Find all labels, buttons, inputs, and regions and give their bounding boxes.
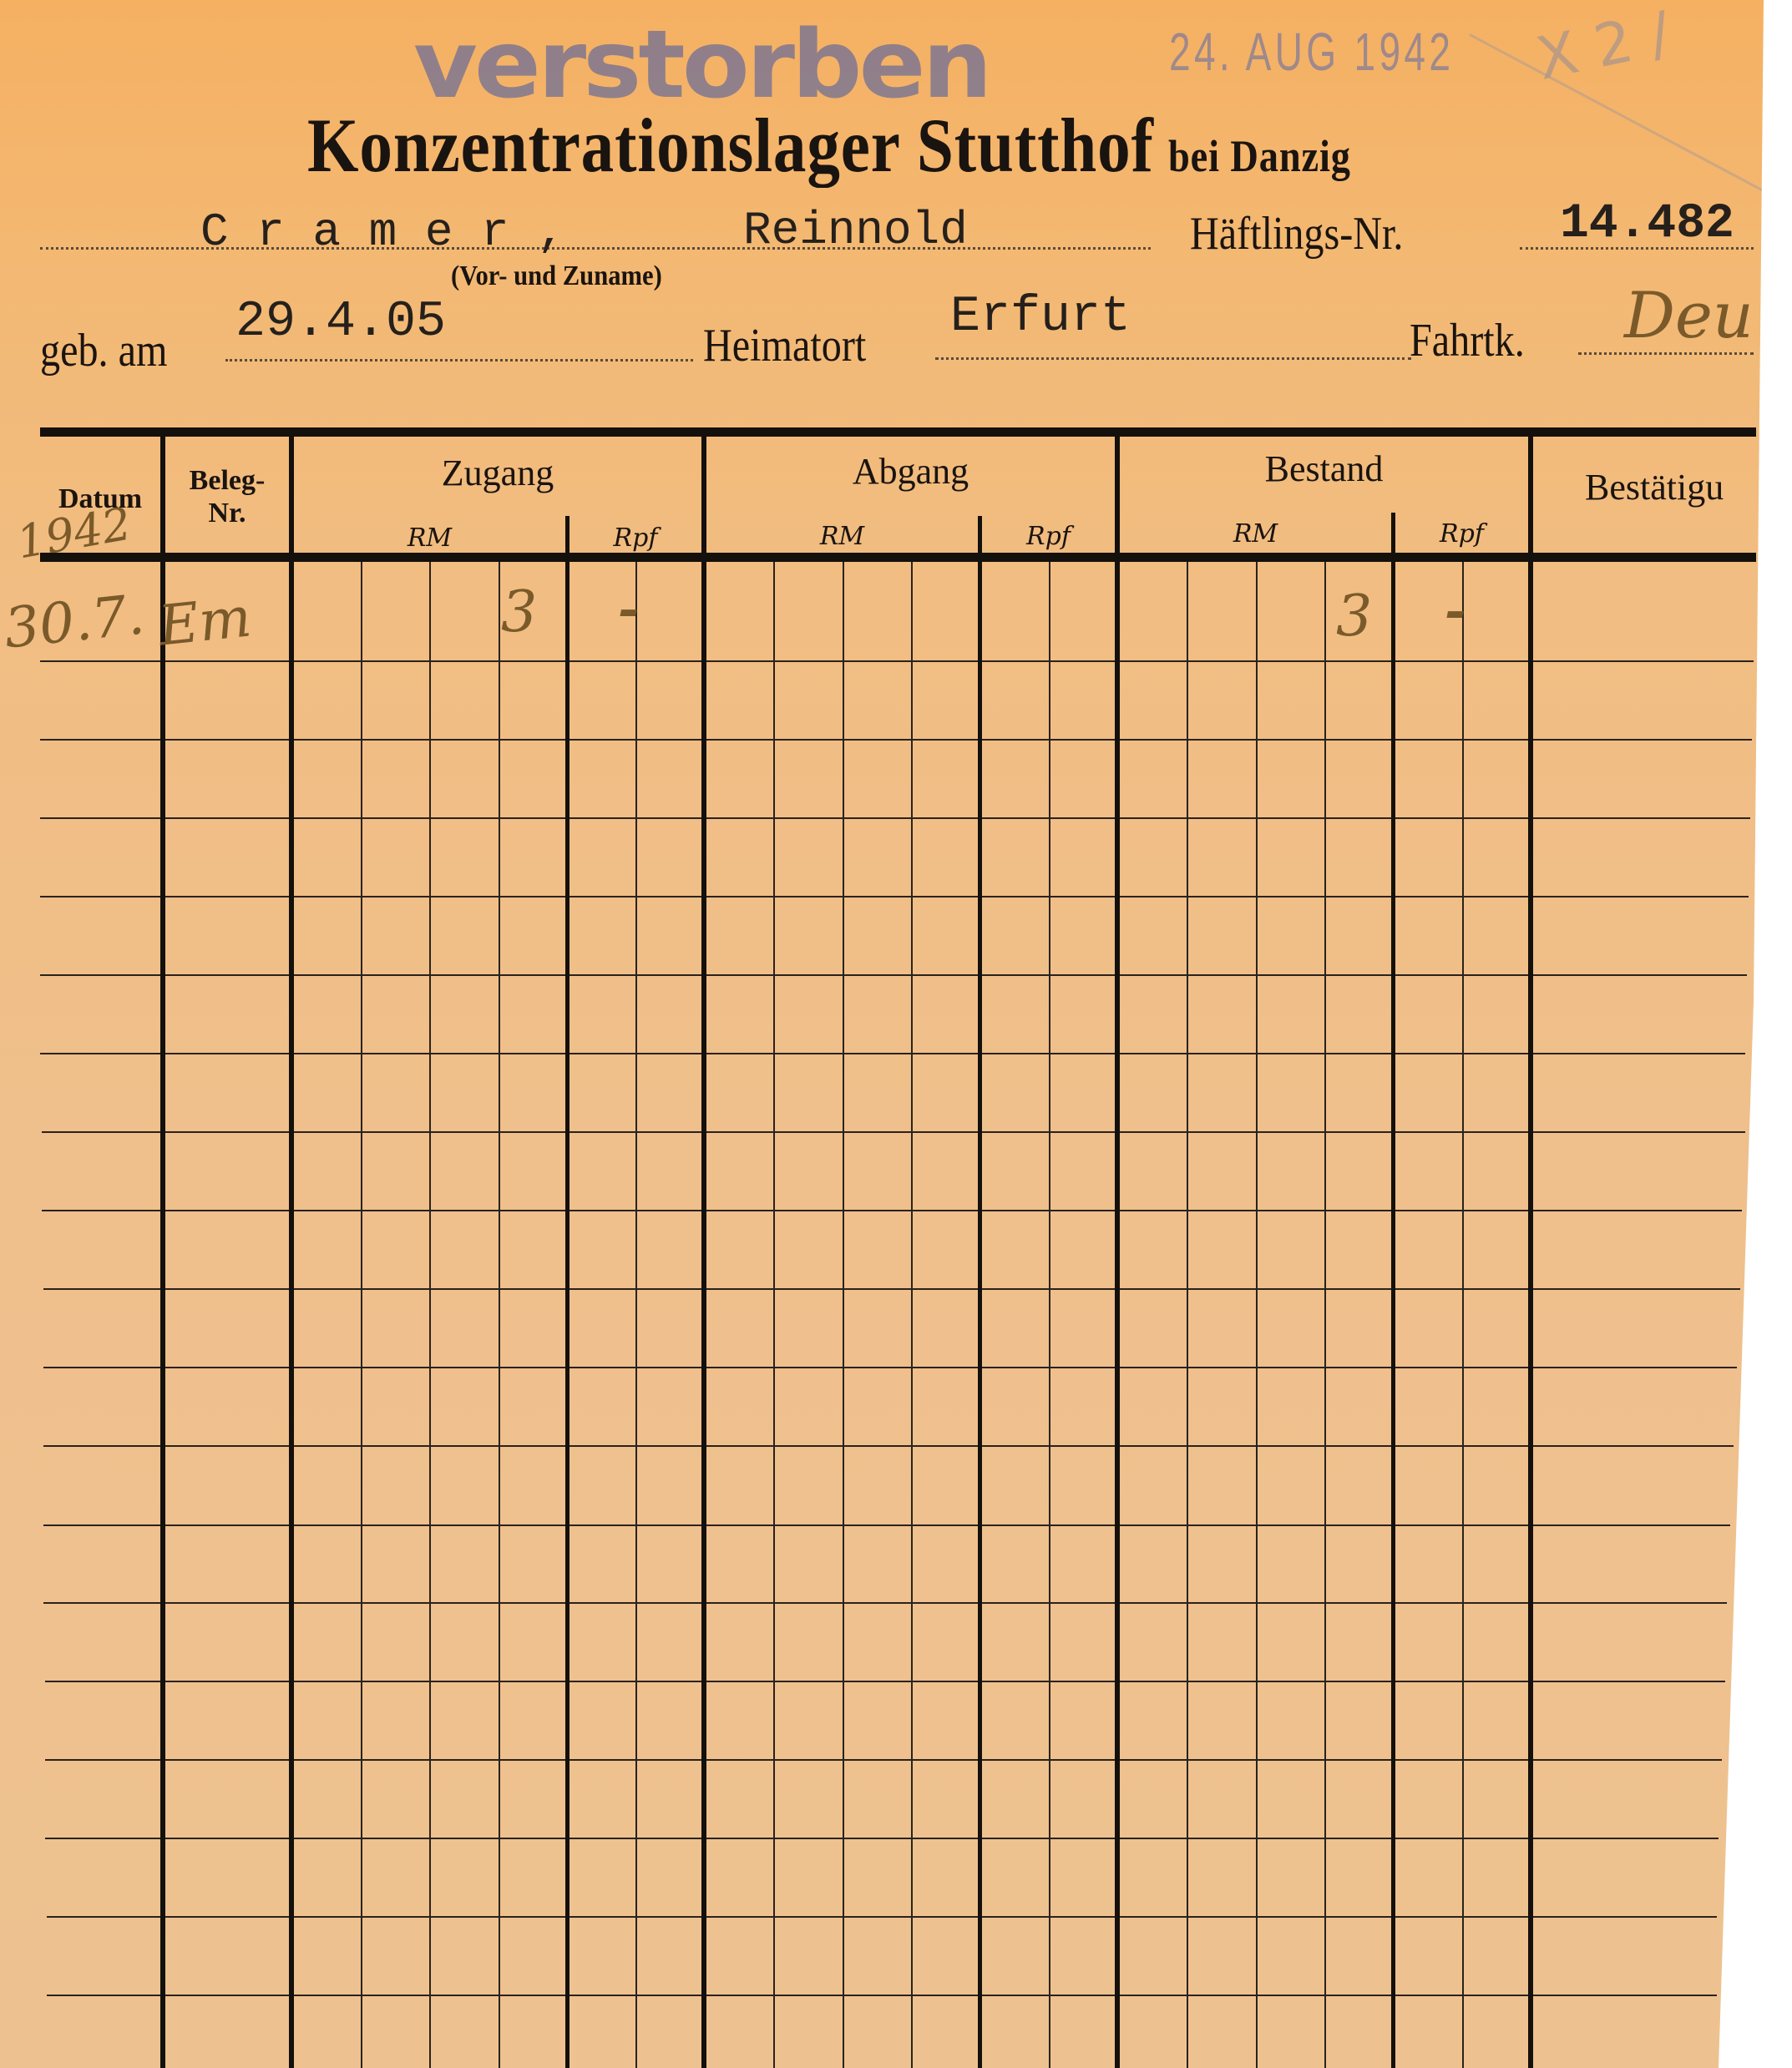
- row-line: [47, 1916, 1717, 1918]
- row-line: [42, 1131, 1745, 1133]
- abgang-rpf-label: Rpf: [982, 524, 1115, 549]
- cell-bestand-rm: 3: [1336, 589, 1372, 645]
- title-main: Konzentrationslager Stutthof: [307, 103, 1154, 188]
- col-border-datum: [160, 427, 165, 2068]
- deceased-stamp: verstorben: [413, 18, 990, 111]
- row-line: [40, 739, 1752, 741]
- pencil-mark: X 2 /: [1531, 3, 1675, 88]
- col-header-bestand: Bestand: [1120, 451, 1528, 488]
- cell-bestand-rpf: -: [1445, 586, 1465, 636]
- ledger-card: verstorben 24. AUG 1942 X 2 / Konzentrat…: [0, 0, 1792, 2068]
- row-line: [45, 1681, 1725, 1682]
- row-line: [47, 1995, 1717, 1996]
- col-header-beleg: Beleg- Nr.: [165, 464, 289, 529]
- table-top-border: [40, 427, 1756, 437]
- row-line: [43, 1367, 1737, 1368]
- digit-line: [1256, 562, 1258, 2068]
- row-line: [40, 974, 1747, 976]
- digit-line: [1324, 562, 1326, 2068]
- col-border-zugang: [701, 427, 706, 2068]
- hometown-label: Heimatort: [703, 322, 866, 369]
- page-title: Konzentrationslager Stutthofbei Danzig: [307, 107, 1351, 184]
- bestand-rm-label: RM: [1120, 522, 1391, 547]
- digit-line: [1049, 562, 1050, 2068]
- digit-line: [1462, 562, 1464, 2068]
- col-header-zugang: Zugang: [294, 455, 701, 492]
- ticket-dotted-line: [1578, 352, 1754, 355]
- col-border-abgang: [1115, 427, 1120, 2068]
- row-line: [43, 1288, 1740, 1290]
- hometown-value: Erfurt: [950, 292, 1131, 342]
- row-line: [43, 1602, 1727, 1604]
- digit-line: [843, 562, 844, 2068]
- cell-zugang-rpf: -: [618, 584, 639, 635]
- birth-label: geb. am: [40, 327, 167, 374]
- digit-line: [499, 562, 500, 2068]
- prisoner-no-value: 14.482: [1560, 200, 1734, 249]
- digit-line: [361, 562, 362, 2068]
- digit-line: [911, 562, 913, 2068]
- digit-line: [635, 562, 637, 2068]
- prisoner-no-label: Häftlings-Nr.: [1190, 210, 1403, 257]
- rm-rpf-border-abgang: [978, 516, 982, 2068]
- row-line: [43, 1524, 1730, 1526]
- first-name-value: Reinnold: [743, 207, 968, 254]
- digit-line: [773, 562, 775, 2068]
- ticket-value: Deu: [1624, 284, 1754, 347]
- cell-beleg: Em: [156, 589, 254, 654]
- row-line: [40, 1053, 1745, 1054]
- header-bottom-border: [40, 553, 1756, 562]
- date-stamp: 24. AUG 1942: [1169, 25, 1454, 78]
- row-line: [43, 1445, 1734, 1447]
- cell-datum: 30.7.: [2, 587, 147, 656]
- title-sub: bei Danzig: [1168, 131, 1351, 181]
- digit-line: [429, 562, 431, 2068]
- birth-dotted-line: [225, 359, 693, 362]
- zugang-rpf-label: Rpf: [569, 526, 701, 551]
- row-line: [45, 1838, 1719, 1839]
- ticket-label: Fahrtk.: [1410, 317, 1525, 364]
- surname-value: C r a m e r ,: [200, 209, 565, 255]
- col-border-bestand: [1528, 427, 1533, 2068]
- abgang-rm-label: RM: [706, 524, 978, 549]
- rm-rpf-border-bestand: [1391, 513, 1395, 2068]
- zugang-rm-label: RM: [294, 526, 565, 551]
- col-header-abgang: Abgang: [706, 453, 1115, 490]
- rm-rpf-border-zugang: [565, 516, 569, 2068]
- row-line: [40, 896, 1749, 897]
- cell-zugang-rm: 3: [501, 584, 537, 641]
- col-border-beleg: [289, 427, 294, 2068]
- digit-line: [1187, 562, 1188, 2068]
- row-line: [45, 1759, 1722, 1761]
- hometown-dotted-line: [935, 357, 1411, 360]
- row-line: [40, 817, 1750, 819]
- bestand-rpf-label: Rpf: [1395, 522, 1528, 547]
- birth-value: 29.4.05: [235, 297, 446, 347]
- row-line: [40, 660, 1754, 662]
- name-caption: (Vor- und Zuname): [451, 260, 662, 292]
- col-header-bestaetigung: Bestätigu: [1585, 469, 1724, 506]
- row-line: [42, 1210, 1742, 1211]
